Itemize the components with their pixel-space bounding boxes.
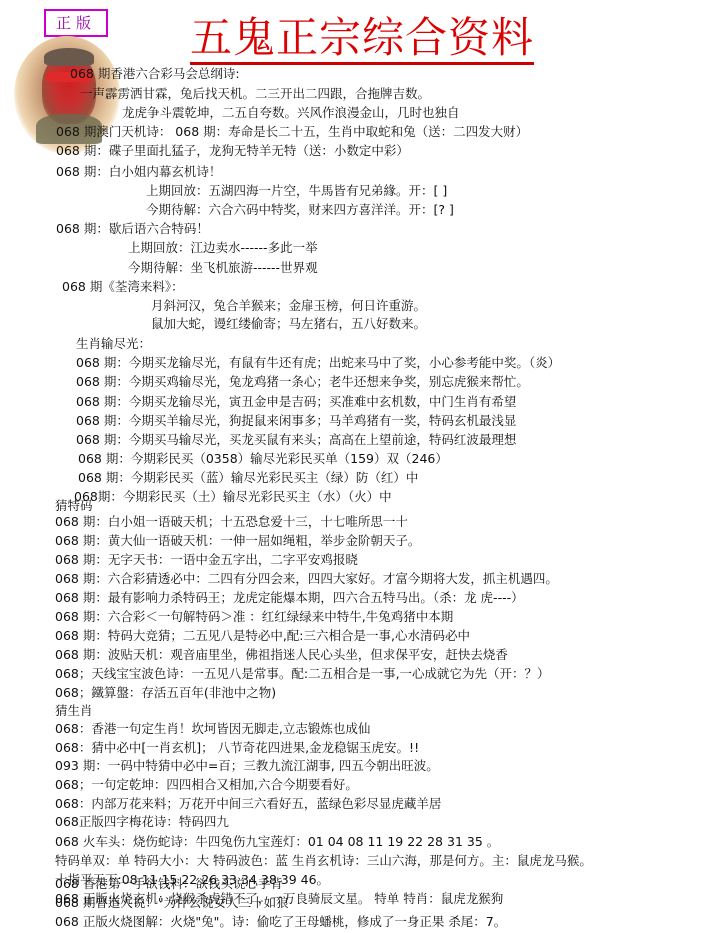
text-line: 今期待解：六合六码中特奖，财来四方喜洋洋。开：[? ] — [146, 202, 454, 218]
text-line: 068；天线宝宝波色诗：一五见八是常事。配:二五相合是一事,一心成就它为先（开：… — [55, 666, 550, 682]
text-line: 068 期：今期买羊输尽光，狗捉鼠来闲事多；马羊鸡猪有一奖，特码玄机最浅显 — [76, 413, 516, 429]
text-line: 068 期：最有影响力杀特码王；龙虎定能爆本期，四六合五特马出。（杀：龙 虎--… — [55, 590, 524, 606]
text-line: 上期回放：五湖四海一片空，牛馬皆有兄弟緣。开：[ ] — [146, 183, 447, 199]
text-line: 龙虎争斗震乾坤，二五自夸数。兴风作浪漫金山，几时也独自 — [122, 105, 460, 121]
text-line: 093 期：一码中特猜中必中=百；三教九流江湖事, 四五今朝出旺波。 — [55, 758, 439, 774]
text-line: 068期：今期彩民买（土）输尽光彩民买主（水）（火）中 — [74, 489, 392, 505]
text-line: 068 期香港六合彩马会总纲诗: — [70, 66, 240, 82]
official-version-badge: 正版 — [44, 9, 108, 37]
text-line: 068 期：黄大仙一语破天机：一伸一屈如绳粗，举步金阶朝天子。 — [55, 533, 420, 549]
text-line: 068：香港一句定生肖！坎坷皆因无脚走,立志锻炼也成仙 — [55, 721, 370, 737]
text-line: 068 期：今期买马输尽光，买龙买鼠有来头；高高在上望前途，特码红波最理想 — [76, 432, 516, 448]
text-line: 068 期曾道人说："为什么说女人三十如狼 — [55, 895, 289, 911]
text-line: 068 期：六合彩猜透必中：二四有分四会来，四四大家好。才富今期将大发，抓主机遇… — [55, 571, 558, 587]
text-line: 月斜河汉，兔合羊猴来；金扉玉榜，何日许重游。 — [151, 298, 426, 314]
text-line: 068 期：歇后语六合特码！ — [56, 221, 209, 237]
text-line: 鼠加大蛇，谩红缕偷寄；马左猪右，五八好数来。 — [151, 316, 426, 332]
text-line: 068；一句定乾坤：四四相合又相加,六合今期要看好。 — [55, 777, 358, 793]
text-line: 068 正版火烧图解：火烧"兔"。诗：偷吃了王母蟠桃，修成了一身正果 杀尾：7。 — [55, 914, 506, 930]
text-line: 068 期：特码大竞猜；二五见八是特必中,配:三六相合是一事,心水清码必中 — [55, 628, 470, 644]
text-line: 068 期：今期买龙输尽光，寅丑金申是吉码；买准难中玄机数，中门生肖有希望 — [76, 394, 516, 410]
text-line: 068正版四字梅花诗：特码四九 — [55, 814, 229, 830]
text-line: 今期待解：坐飞机旅游------世界观 — [128, 260, 318, 276]
text-line: 068 期：无字天书：一语中金五字出，二字平安鸡报晓 — [55, 552, 358, 568]
text-line: 068：内部万花来料；万花开中间三六看好五，蓝绿色彩尽显虎藏羊居 — [55, 796, 441, 812]
text-line: 猜生肖 — [55, 703, 93, 719]
text-line: 068 期：碟子里面扎猛子，龙狗无特羊无特（送：小数定中彩） — [56, 143, 409, 159]
text-line: 068 期：今期彩民买（蓝）输尽光彩民买主（绿）防（红）中 — [78, 470, 418, 486]
text-line: 068 期：六合彩＜一句解特码＞准 ：红红绿绿来中特牛,牛兔鸡猪中本期 — [55, 609, 453, 625]
text-line: 068 火车头：烧伤蛇诗：牛四兔伤九宝莲灯：01 04 08 11 19 22 … — [55, 834, 499, 850]
text-line: 上期回放：江边卖水------多此一举 — [128, 240, 318, 256]
text-line: 068 期《荃湾来料》： — [62, 279, 184, 295]
text-line: 068：猜中必中[一肖玄机]； 八节奇花四进果,金龙稳锯玉虎安。!! — [55, 740, 419, 756]
text-line: 068 期：今期买龙输尽光，有鼠有牛还有虎；出蛇来马中了奖，小心参考能中奖。（炎… — [76, 355, 560, 371]
text-line: 068；鐵算盤：存活五百年(非池中之物) — [55, 685, 276, 701]
text-line: 068 期：白小姐一语破天机；十五恐怠爱十三，十七唯所思一十 — [55, 514, 408, 530]
page-title: 五鬼正宗综合资料 — [190, 14, 534, 65]
text-line: 068 期：今期彩民买（0358）输尽光彩民买单（159）双（246） — [78, 451, 448, 467]
text-line: 068 期：今期买鸡输尽光，兔龙鸡猪一条心；老牛还想来争奖，别忘虎猴来帮忙。 — [76, 374, 529, 390]
text-line: 特码单双：单 特码大小：大 特码波色：蓝 生肖玄机诗：三山六海，那是何方。主：鼠… — [55, 853, 592, 869]
text-line: 068 香港第一手欲钱料：欲钱买说心手背 — [55, 876, 283, 892]
text-line: 068 期：白小姐内幕玄机诗！ — [56, 164, 221, 180]
text-line: 068 期澳门天机诗： 068 期：寿命是长二十五，生肖中取蛇和兔（送：二四发大… — [56, 124, 528, 140]
avatar-hair — [44, 48, 94, 66]
text-line: 一声霹雳洒甘霖，兔后找天机。二三开出二四跟，合拖牌吉数。 — [80, 86, 430, 102]
text-line: 猜特码 — [55, 498, 93, 514]
text-line: 068 期：波贴天机：观音庙里坐，佛祖指迷人民心头坐，但求保平安，赶快去烧香 — [55, 647, 508, 663]
text-line: 生肖输尽光： — [76, 336, 151, 352]
